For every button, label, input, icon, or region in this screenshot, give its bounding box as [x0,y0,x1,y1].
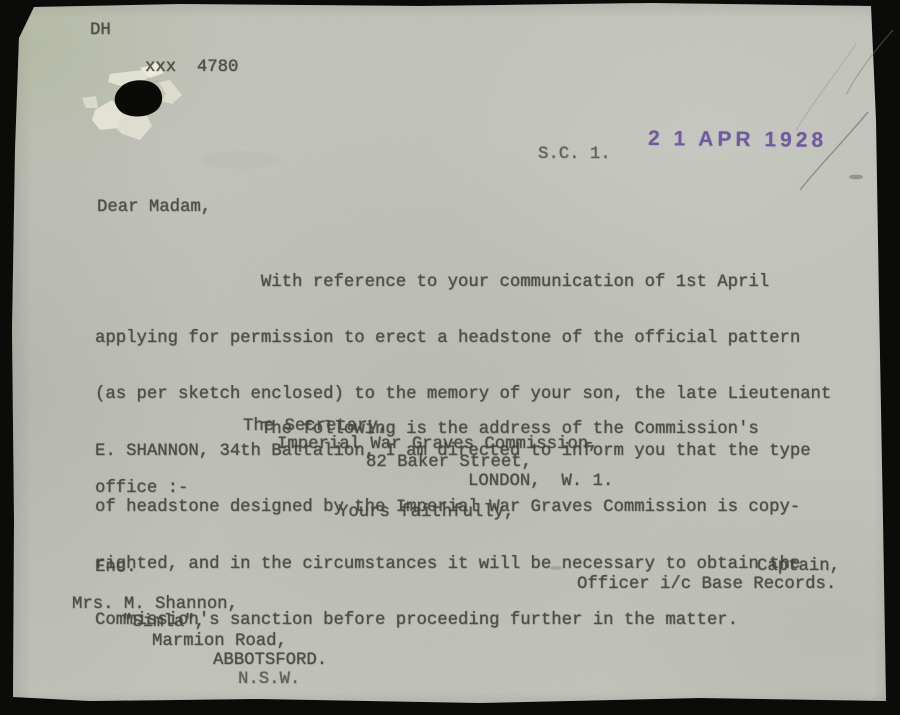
reference-number: xxx 4780 [145,59,238,78]
recipient-line: N.S.W. [238,671,300,690]
closing: Yours faithfully, [338,504,514,523]
address-line: 82 Baker Street, [366,454,532,473]
signature-title: Officer i/c Base Records. [577,576,836,595]
body-line: With reference to your communication of … [95,274,831,293]
body-line: righted, and in the circumstances it wil… [95,556,831,575]
recipient-line: Mrs. M. Shannon, [72,596,238,615]
recipient-line: "Simla", [122,614,205,633]
enclosure-note: Enc. [95,559,136,578]
date-stamp: 2 1 APR 1928 [648,127,827,153]
body-line: applying for permission to erect a heads… [95,330,831,349]
salutation: Dear Madam, [97,199,211,218]
scanned-letter: DH xxx 4780 S.C. 1. 2 1 APR 1928 Dear Ma… [0,0,900,715]
reference-initials: DH [90,22,111,41]
address-line: LONDON, W. 1. [468,473,613,492]
body-line: office :- [95,479,759,499]
recipient-line: ABBOTSFORD. [213,652,327,671]
address-line: The Secretary, [243,418,388,437]
address-line: Imperial War Graves Commission, [277,436,598,455]
file-code: S.C. 1. [538,146,611,165]
signature-rank: Captain, [757,558,840,577]
recipient-line: Marmion Road, [152,633,287,652]
